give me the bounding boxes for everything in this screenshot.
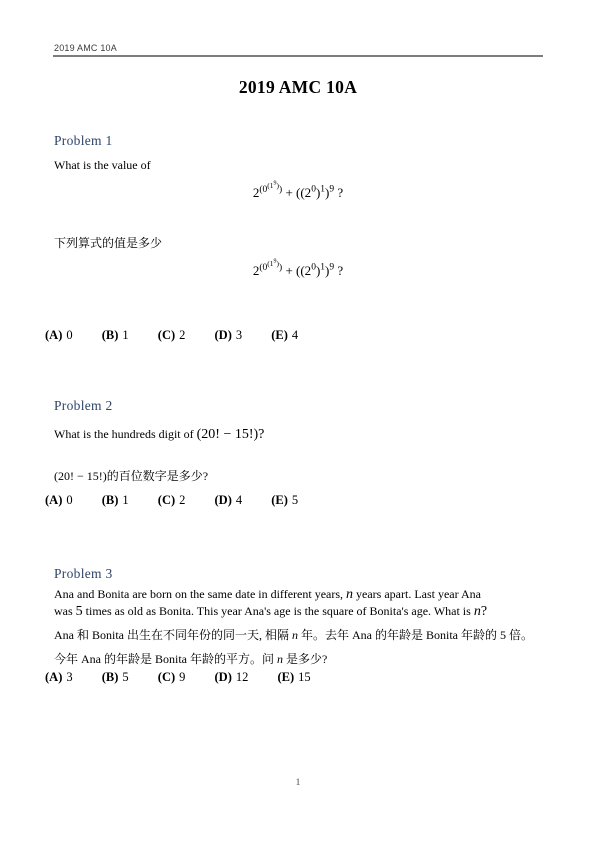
problem-3-choices: (A)3 (B)5 (C)9 (D)12 (E)15 xyxy=(45,670,311,685)
problem-1-intro-en: What is the value of xyxy=(54,158,151,173)
problem-1-formula-en: 2(0(19)) + ((20)1)9 ? xyxy=(0,183,596,201)
problem-3-question-zh-line2: 今年 Ana 的年龄是 Bonita 年龄的平方。问 n 是多少? xyxy=(54,650,564,667)
problem-2-heading: Problem 2 xyxy=(54,398,113,414)
choice-c: (C)9 xyxy=(158,670,186,685)
choice-d: (D)12 xyxy=(215,670,249,685)
problem-1-intro-zh: 下列算式的值是多少 xyxy=(54,234,162,251)
choice-d: (D)4 xyxy=(215,493,243,508)
document-title: 2019 AMC 10A xyxy=(0,77,596,98)
choice-e: (E)15 xyxy=(278,670,311,685)
choice-c: (C)2 xyxy=(158,328,186,343)
running-header: 2019 AMC 10A xyxy=(54,43,117,53)
problem-1-formula-zh: 2(0(19)) + ((20)1)9 ? xyxy=(0,261,596,279)
problem-3-question-en: Ana and Bonita are born on the same date… xyxy=(54,586,554,620)
document-page: 2019 AMC 10A 2019 AMC 10A Problem 1 What… xyxy=(0,0,596,842)
problem-1-choices: (A)0 (B)1 (C)2 (D)3 (E)4 xyxy=(45,328,298,343)
choice-b: (B)5 xyxy=(102,670,129,685)
choice-d: (D)3 xyxy=(215,328,243,343)
choice-b: (B)1 xyxy=(102,493,129,508)
problem-2-question-zh: (20! − 15!)的百位数字是多少? xyxy=(54,467,208,484)
problem-2-choices: (A)0 (B)1 (C)2 (D)4 (E)5 xyxy=(45,493,298,508)
problem-1-heading: Problem 1 xyxy=(54,133,113,149)
problem-3-question-zh-line1: Ana 和 Bonita 出生在不同年份的同一天, 相隔 n 年。去年 Ana … xyxy=(54,626,564,643)
choice-e: (E)4 xyxy=(271,328,298,343)
choice-b: (B)1 xyxy=(102,328,129,343)
choice-e: (E)5 xyxy=(271,493,298,508)
choice-a: (A)3 xyxy=(45,670,73,685)
header-rule xyxy=(53,55,543,57)
page-number: 1 xyxy=(0,778,596,788)
problem-3-heading: Problem 3 xyxy=(54,566,113,582)
problem-2-question-en: What is the hundreds digit of (20! − 15!… xyxy=(54,427,264,443)
choice-a: (A)0 xyxy=(45,328,73,343)
choice-c: (C)2 xyxy=(158,493,186,508)
choice-a: (A)0 xyxy=(45,493,73,508)
